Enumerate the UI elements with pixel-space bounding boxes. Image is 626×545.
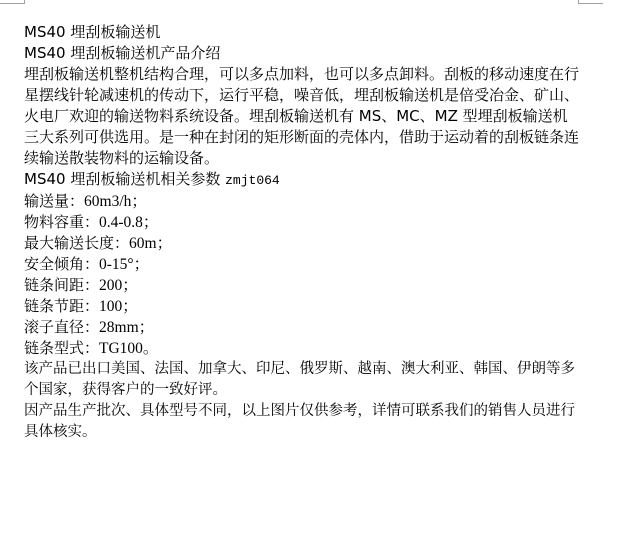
- param-row: 链条间距：200；: [24, 275, 580, 296]
- param-value: 0-15°；: [99, 256, 149, 273]
- param-row: 输送量：60m3/h；: [24, 191, 580, 212]
- page-corner-mark-top-right: [578, 0, 603, 4]
- export-paragraph: 该产品已出口美国、法国、加拿大、印尼、俄罗斯、越南、澳大利亚、韩国、伊朗等多个国…: [24, 359, 580, 401]
- param-row: 安全倾角：0-15°；: [24, 254, 580, 275]
- param-row: 最大输送长度：60m；: [24, 233, 580, 254]
- param-value: 60m3/h；: [84, 193, 147, 210]
- param-label: 输送量：: [24, 192, 84, 210]
- param-value: 28mm；: [99, 319, 154, 336]
- param-label: 链条型式：: [24, 339, 99, 357]
- param-value: 200；: [99, 277, 138, 294]
- document-title: MS40 埋刮板输送机: [24, 22, 580, 43]
- param-value: 100；: [99, 298, 138, 315]
- param-value: 60m；: [129, 235, 172, 252]
- params-heading: MS40 埋刮板输送机相关参数 zmjt064: [24, 169, 580, 191]
- param-row: 滚子直径：28mm；: [24, 317, 580, 338]
- disclaimer-paragraph: 因产品生产批次、具体型号不同，以上图片仅供参考，详情可联系我们的销售人员进行具体…: [24, 401, 580, 443]
- params-code: zmjt064: [225, 173, 280, 188]
- param-label: 物料容重：: [24, 213, 99, 231]
- param-value: 0.4-0.8；: [99, 214, 158, 231]
- document-body: MS40 埋刮板输送机 MS40 埋刮板输送机产品介绍 埋刮板输送机整机结构合理…: [24, 22, 580, 443]
- intro-paragraph: 埋刮板输送机整机结构合理，可以多点加料，也可以多点卸料。刮板的移动速度在行星摆线…: [24, 64, 580, 169]
- param-label: 链条间距：: [24, 276, 99, 294]
- page-corner-mark-top-left: [0, 0, 25, 4]
- param-label: 最大输送长度：: [24, 234, 129, 252]
- param-label: 链条节距：: [24, 297, 99, 315]
- intro-heading: MS40 埋刮板输送机产品介绍: [24, 43, 580, 64]
- param-row: 物料容重：0.4-0.8；: [24, 212, 580, 233]
- param-label: 安全倾角：: [24, 255, 99, 273]
- param-row: 链条型式：TG100。: [24, 338, 580, 359]
- param-label: 滚子直径：: [24, 318, 99, 336]
- params-heading-text: MS40 埋刮板输送机相关参数: [24, 170, 220, 188]
- param-value: TG100。: [99, 340, 158, 357]
- param-row: 链条节距：100；: [24, 296, 580, 317]
